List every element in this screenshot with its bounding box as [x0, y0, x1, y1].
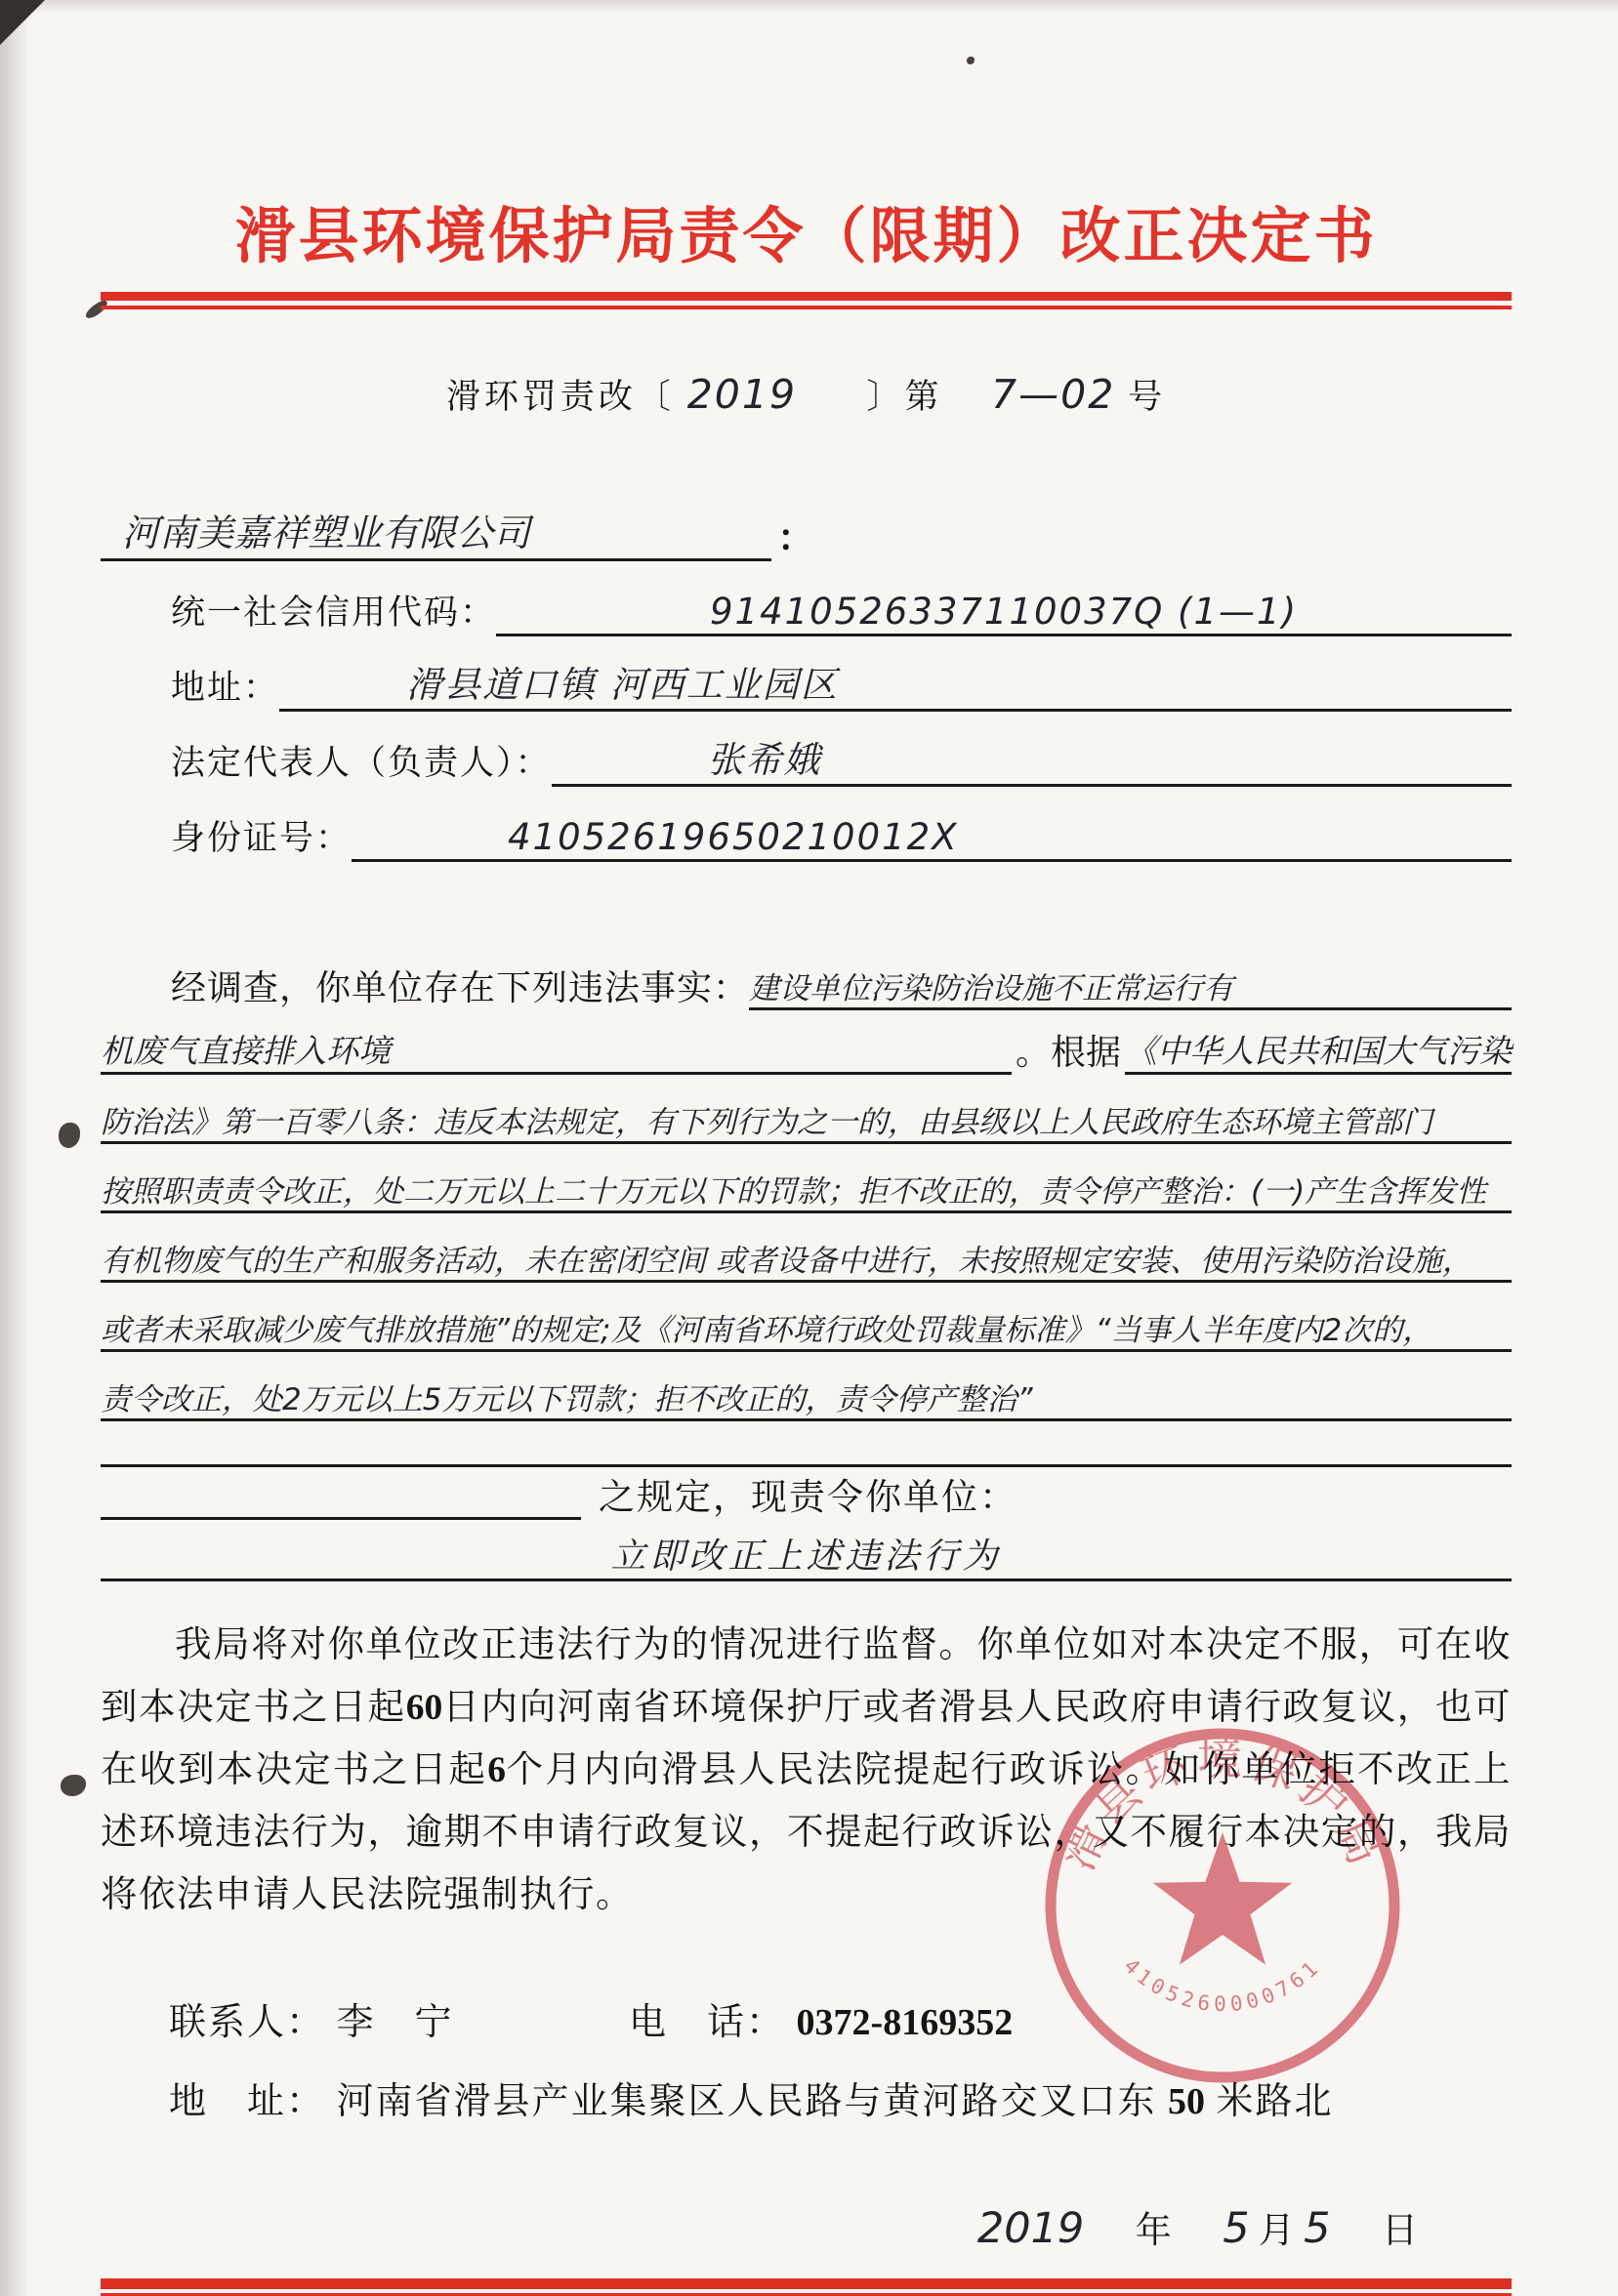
recipient-colon: ： — [771, 508, 814, 561]
credit-code-value-handwritten: 91410526337110037Q (1—1) — [496, 591, 1512, 636]
date-row: 2019 年 5 月 5 日 — [101, 2200, 1512, 2253]
document-title: 滑县环境保护局责令（限期）改正决定书 — [101, 187, 1512, 274]
phone-number: 0372-8169352 — [797, 2002, 1014, 2043]
document-number: 滑环罚责改〔 2019 〕第 7—02 号 — [101, 370, 1512, 419]
phone-label: 电 话： — [629, 2002, 785, 2043]
scanned-document-page: 滑县环境保护局责令（限期）改正决定书 滑环罚责改〔 2019 〕第 7—02 号… — [0, 0, 1618, 2296]
footer-divider — [101, 2278, 1512, 2296]
seal-code-text: 4105260000761 — [1119, 1954, 1325, 2017]
office-address-label: 地 址： — [169, 2081, 325, 2122]
header-divider — [101, 292, 1512, 309]
blank-underline — [101, 1421, 1512, 1467]
legal-rep-value-handwritten: 张希娥 — [552, 730, 1512, 787]
contact-name: 李 宁 — [337, 2002, 454, 2043]
supervision-days-60: 60 — [406, 1688, 443, 1728]
divider-thick-line — [101, 2278, 1512, 2289]
id-number-label: 身份证号： — [171, 811, 352, 862]
date-day-label: 日 — [1382, 2211, 1418, 2251]
recipient-row: 河南美嘉祥塑业有限公司 ： — [101, 503, 1512, 561]
doc-no-mid: 〕第 — [867, 378, 943, 416]
seal-star-icon — [1153, 1832, 1293, 1965]
violation-facts-section: 经调查，你单位存在下列违法事实： 建设单位污染防治设施不正常运行有 机废气直接排… — [101, 946, 1512, 1467]
order-intro-row: 之规定，现责令你单位： — [101, 1467, 1512, 1520]
recipient-company-handwritten: 河南美嘉祥塑业有限公司 — [101, 503, 771, 561]
address-label: 地址： — [171, 661, 279, 712]
legal-citation-handwritten-1: 防治法》第一百零八条：违反本法规定，有下列行为之一的，由县级以上人民政府生态环境… — [101, 1075, 1512, 1144]
legal-citation-handwritten-2: 按照职责责令改正，处二万元以上二十万元以下的罚款；拒不改正的，责令停产整治：(一… — [101, 1144, 1512, 1213]
field-row-legal-rep: 法定代表人（负责人）： 张希娥 — [101, 724, 1512, 787]
divider-thin-line — [101, 306, 1512, 309]
scan-artifact — [61, 1775, 86, 1796]
order-intro-printed: 之规定，现责令你单位： — [581, 1467, 1017, 1520]
id-number-value-handwritten: 41052619650210012X — [352, 816, 1512, 862]
scan-edge-shadow-left — [0, 0, 29, 2296]
legal-citation-handwritten-0: 《中华人民共和国大气污染 — [1125, 1026, 1512, 1075]
address-value-handwritten: 滑县道口镇 河西工业园区 — [279, 655, 1512, 712]
field-row-address: 地址： 滑县道口镇 河西工业园区 — [101, 649, 1512, 712]
fact-line-1: 经调查，你单位存在下列违法事实： 建设单位污染防治设施不正常运行有 — [101, 946, 1512, 1010]
contact-label: 联系人： — [169, 2002, 325, 2043]
credit-code-label: 统一社会信用代码： — [171, 586, 496, 636]
doc-no-year-handwritten: 2019 — [687, 371, 797, 418]
legal-citation-handwritten-4: 或者未采取减少废气排放措施”的规定;及《河南省环境行政处罚裁量标准》“当事人半年… — [101, 1283, 1512, 1352]
fact-handwritten-1: 建设单位污染防治设施不正常运行有 — [749, 963, 1512, 1010]
date-day-handwritten: 5 — [1304, 2204, 1330, 2253]
fact-handwritten-2: 机废气直接排入环境 — [101, 1026, 1012, 1075]
doc-no-number-handwritten: 7—02 — [991, 371, 1115, 418]
scan-artifact — [59, 1123, 80, 1148]
legal-rep-label: 法定代表人（负责人）： — [171, 736, 552, 787]
legal-citation-handwritten-3: 有机物废气的生产和服务活动，未在密闭空间 或者设备中进行，未按照规定安装、使用污… — [101, 1213, 1512, 1283]
supervision-months-6: 6 — [487, 1750, 506, 1790]
order-content-handwritten: 立即改正上述违法行为 — [101, 1520, 1512, 1581]
official-seal: 滑县环境保护局 4105260000761 — [1027, 1710, 1418, 2101]
fact-intro-printed: 经调查，你单位存在下列违法事实： — [101, 961, 749, 1010]
doc-no-prefix: 滑环罚责改〔 — [446, 378, 675, 416]
divider-thick-line — [101, 292, 1512, 301]
date-year-label: 年 — [1136, 2211, 1172, 2251]
field-row-id-number: 身份证号： 41052619650210012X — [101, 799, 1512, 862]
fact-line-2: 机废气直接排入环境 。根据 《中华人民共和国大气污染 — [101, 1010, 1512, 1075]
blank-underline-short — [101, 1517, 581, 1520]
fact-printed-genju: 。根据 — [1012, 1025, 1125, 1075]
date-month-label: 月 — [1259, 2211, 1295, 2251]
date-year-handwritten: 2019 — [977, 2204, 1084, 2253]
field-row-credit-code: 统一社会信用代码： 91410526337110037Q (1—1) — [101, 574, 1512, 636]
corner-fold-mark — [0, 0, 45, 45]
doc-no-suffix: 号 — [1128, 378, 1166, 416]
legal-citation-handwritten-5: 责令改正，处2万元以上5万元以下罚款；拒不改正的，责令停产整治” — [101, 1352, 1512, 1421]
date-month-handwritten: 5 — [1223, 2204, 1249, 2253]
